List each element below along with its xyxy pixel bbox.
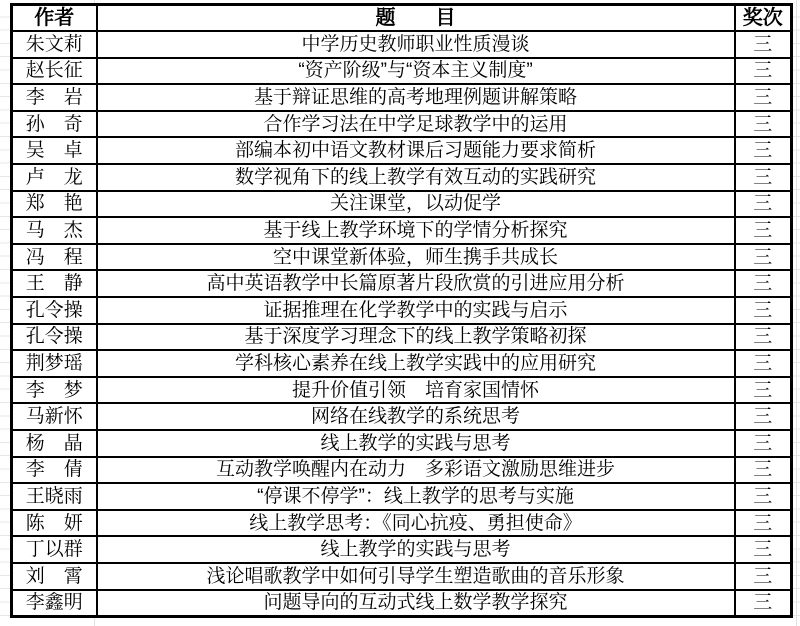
header-row: 作者 题 目 奖次: [12, 5, 792, 32]
left-margin-gridlines: [0, 4, 10, 616]
table-row: 陈 妍 线上教学思考：《同心抗疫、勇担使命》 三: [12, 510, 792, 537]
table-row: 卢 龙 数学视角下的线上教学有效互动的实践研究 三: [12, 164, 792, 191]
author-cell: 王 静: [12, 270, 97, 297]
spreadsheet-page: 作者 题 目 奖次 朱文莉 中学历史教师职业性质漫谈 三 赵长征 “资产阶级”与…: [0, 0, 800, 626]
award-cell: 三: [735, 191, 792, 218]
award-cell: 三: [735, 84, 792, 111]
award-cell: 三: [735, 111, 792, 138]
title-cell: 关注课堂，以动促学: [97, 191, 735, 218]
table-row: 冯 程 空中课堂新体验，师生携手共成长 三: [12, 244, 792, 271]
title-cell: 线上教学的实践与思考: [97, 430, 735, 457]
award-cell: 三: [735, 244, 792, 271]
title-cell: 部编本初中语文教材课后习题能力要求简析: [97, 137, 735, 164]
title-cell: 高中英语教学中长篇原著片段欣赏的引进应用分析: [97, 270, 735, 297]
title-cell: 互动教学唤醒内在动力 多彩语文激励思维进步: [97, 457, 735, 484]
table-row: 马 杰 基于线上教学环境下的学情分析探究 三: [12, 217, 792, 244]
table-row: 李 倩 互动教学唤醒内在动力 多彩语文激励思维进步 三: [12, 457, 792, 484]
table-row: 孔令操 基于深度学习理念下的线上教学策略初探 三: [12, 324, 792, 351]
title-cell: 浅论唱歌教学中如何引导学生塑造歌曲的音乐形象: [97, 563, 735, 590]
award-cell: 三: [735, 563, 792, 590]
author-cell: 孙 奇: [12, 111, 97, 138]
award-cell: 三: [735, 483, 792, 510]
table-row: 荆梦瑶 学科核心素养在线上教学实践中的应用研究 三: [12, 350, 792, 377]
author-cell: 刘 霄: [12, 563, 97, 590]
award-cell: 三: [735, 217, 792, 244]
author-cell: 赵长征: [12, 58, 97, 85]
table-row: 杨 晶 线上教学的实践与思考 三: [12, 430, 792, 457]
table-row: 郑 艳 关注课堂，以动促学 三: [12, 191, 792, 218]
author-cell: 李 倩: [12, 457, 97, 484]
awards-table: 作者 题 目 奖次 朱文莉 中学历史教师职业性质漫谈 三 赵长征 “资产阶级”与…: [10, 3, 793, 618]
author-cell: 卢 龙: [12, 164, 97, 191]
title-cell: “资产阶级”与“资本主义制度”: [97, 58, 735, 85]
title-cell: 空中课堂新体验，师生携手共成长: [97, 244, 735, 271]
award-cell: 三: [735, 536, 792, 563]
table-row: 赵长征 “资产阶级”与“资本主义制度” 三: [12, 58, 792, 85]
title-cell: 学科核心素养在线上教学实践中的应用研究: [97, 350, 735, 377]
author-cell: 郑 艳: [12, 191, 97, 218]
table-body: 朱文莉 中学历史教师职业性质漫谈 三 赵长征 “资产阶级”与“资本主义制度” 三…: [12, 31, 792, 616]
award-cell: 三: [735, 137, 792, 164]
table-row: 李鑫明 问题导向的互动式线上数学教学探究 三: [12, 590, 792, 617]
award-cell: 三: [735, 324, 792, 351]
title-cell: 线上教学的实践与思考: [97, 536, 735, 563]
title-cell: 网络在线教学的系统思考: [97, 403, 735, 430]
award-cell: 三: [735, 377, 792, 404]
award-cell: 三: [735, 403, 792, 430]
table-row: 马新怀 网络在线教学的系统思考 三: [12, 403, 792, 430]
table-header: 作者 题 目 奖次: [12, 5, 792, 32]
award-cell: 三: [735, 350, 792, 377]
author-cell: 马新怀: [12, 403, 97, 430]
author-cell: 李 梦: [12, 377, 97, 404]
award-cell: 三: [735, 590, 792, 617]
title-cell: 提升价值引领 培育家国情怀: [97, 377, 735, 404]
table-row: 丁以群 线上教学的实践与思考 三: [12, 536, 792, 563]
title-cell: 合作学习法在中学足球教学中的运用: [97, 111, 735, 138]
award-cell: 三: [735, 270, 792, 297]
author-cell: 陈 妍: [12, 510, 97, 537]
title-cell: 中学历史教师职业性质漫谈: [97, 31, 735, 58]
author-cell: 李 岩: [12, 84, 97, 111]
award-cell: 三: [735, 31, 792, 58]
table-row: 李 梦 提升价值引领 培育家国情怀 三: [12, 377, 792, 404]
col-award-header: 奖次: [735, 5, 792, 32]
title-cell: 基于辩证思维的高考地理例题讲解策略: [97, 84, 735, 111]
table-row: 朱文莉 中学历史教师职业性质漫谈 三: [12, 31, 792, 58]
table-row: 王晓雨 “停课不停学”：线上教学的思考与实施 三: [12, 483, 792, 510]
award-cell: 三: [735, 457, 792, 484]
table-row: 李 岩 基于辩证思维的高考地理例题讲解策略 三: [12, 84, 792, 111]
award-cell: 三: [735, 297, 792, 324]
table-row: 孙 奇 合作学习法在中学足球教学中的运用 三: [12, 111, 792, 138]
author-cell: 冯 程: [12, 244, 97, 271]
table-row: 刘 霄 浅论唱歌教学中如何引导学生塑造歌曲的音乐形象 三: [12, 563, 792, 590]
title-cell: 基于线上教学环境下的学情分析探究: [97, 217, 735, 244]
author-cell: 马 杰: [12, 217, 97, 244]
title-cell: 基于深度学习理念下的线上教学策略初探: [97, 324, 735, 351]
col-author-header: 作者: [12, 5, 97, 32]
table-row: 孔令操 证据推理在化学教学中的实践与启示 三: [12, 297, 792, 324]
author-cell: 丁以群: [12, 536, 97, 563]
award-cell: 三: [735, 164, 792, 191]
author-cell: 朱文莉: [12, 31, 97, 58]
award-cell: 三: [735, 510, 792, 537]
award-cell: 三: [735, 430, 792, 457]
author-cell: 吴 卓: [12, 137, 97, 164]
author-cell: 荆梦瑶: [12, 350, 97, 377]
award-cell: 三: [735, 58, 792, 85]
author-cell: 孔令操: [12, 297, 97, 324]
title-cell: 证据推理在化学教学中的实践与启示: [97, 297, 735, 324]
gridline-right-edge: [796, 0, 797, 626]
author-cell: 杨 晶: [12, 430, 97, 457]
col-title-header: 题 目: [97, 5, 735, 32]
title-cell: 线上教学思考：《同心抗疫、勇担使命》: [97, 510, 735, 537]
title-cell: 问题导向的互动式线上数学教学探究: [97, 590, 735, 617]
table-row: 王 静 高中英语教学中长篇原著片段欣赏的引进应用分析 三: [12, 270, 792, 297]
title-cell: 数学视角下的线上教学有效互动的实践研究: [97, 164, 735, 191]
table-row: 吴 卓 部编本初中语文教材课后习题能力要求简析 三: [12, 137, 792, 164]
title-cell: “停课不停学”：线上教学的思考与实施: [97, 483, 735, 510]
author-cell: 李鑫明: [12, 590, 97, 617]
author-cell: 孔令操: [12, 324, 97, 351]
author-cell: 王晓雨: [12, 483, 97, 510]
